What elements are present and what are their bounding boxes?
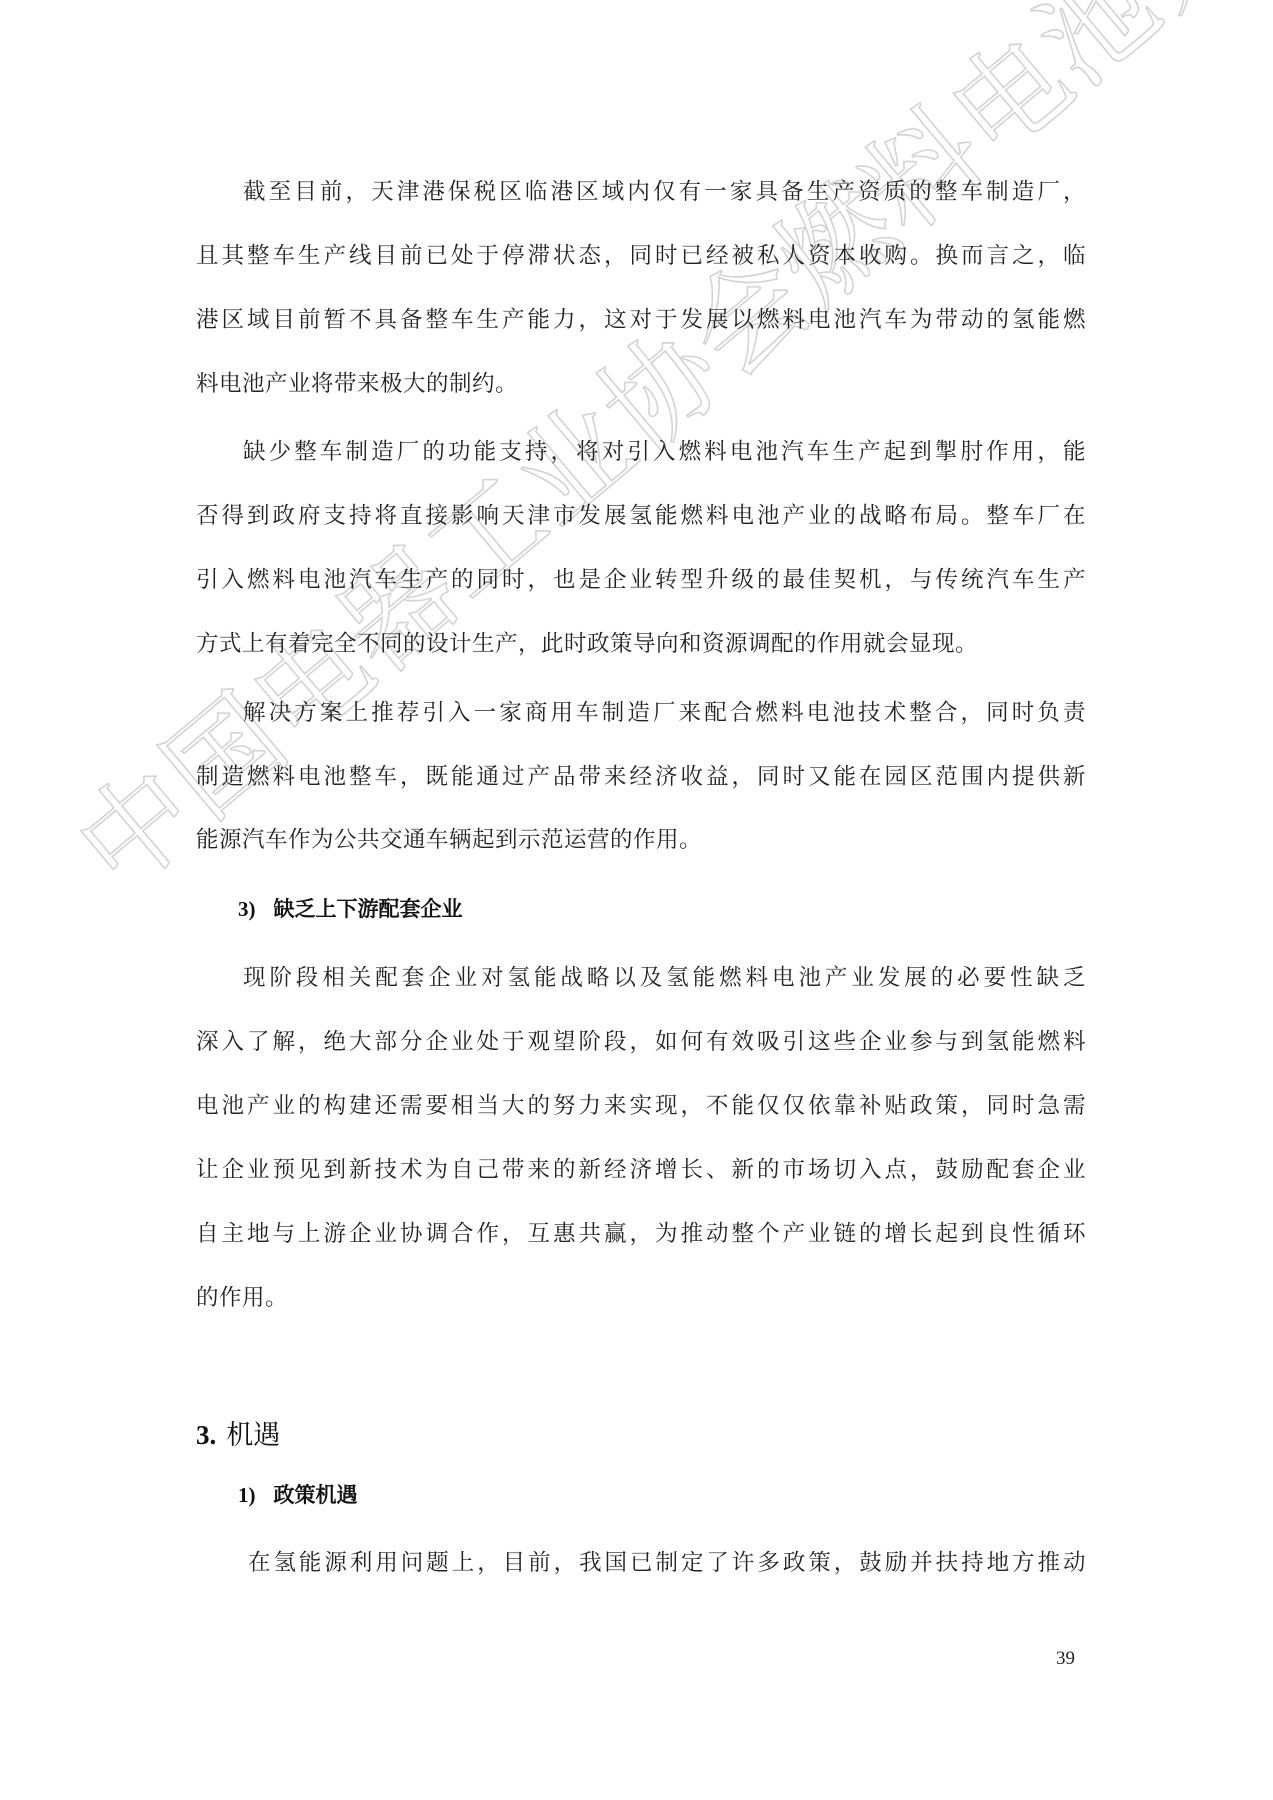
text-line: 引入燃料电池汽车生产的同时，也是企业转型升级的最佳契机，与传统汽车生产 [196,565,1086,595]
text-line: 且其整车生产线目前已处于停滞状态，同时已经被私人资本收购。换而言之，临 [196,241,1086,271]
subheading-lack-of-supply-chain: 3)缺乏上下游配套企业 [238,894,463,924]
section-number: 3. [196,1420,216,1450]
section-heading-opportunities: 3.机遇 [196,1418,280,1453]
subheading-title: 缺乏上下游配套企业 [274,896,463,921]
subheading-policy-opportunities: 1)政策机遇 [238,1480,358,1510]
text-line: 方式上有着完全不同的设计生产，此时政策导向和资源调配的作用就会显现。 [196,629,1086,659]
text-line: 深入了解，绝大部分企业处于观望阶段，如何有效吸引这些企业参与到氢能燃料 [196,1027,1086,1057]
page-number: 39 [1056,1648,1075,1670]
text-line: 截至目前，天津港保税区临港区域内仅有一家具备生产资质的整车制造厂， [243,177,1086,207]
text-line: 否得到政府支持将直接影响天津市发展氢能燃料电池产业的战略布局。整车厂在 [196,501,1086,531]
text-line: 解决方案上推荐引入一家商用车制造厂来配合燃料电池技术整合，同时负责 [243,698,1086,728]
subheading-number: 1) [238,1483,256,1507]
text-line: 自主地与上游企业协调合作，互惠共赢，为推动整个产业链的增长起到良性循环 [196,1219,1086,1249]
subheading-number: 3) [238,897,256,921]
document-page: 中国电器工业协会燃料电池分会 截至目前，天津港保税区临港区域内仅有一家具备生产资… [0,0,1273,1800]
text-line: 的作用。 [196,1283,1086,1313]
text-line: 缺少整车制造厂的功能支持，将对引入燃料电池汽车生产起到掣肘作用，能 [243,437,1086,467]
text-line: 电池产业的构建还需要相当大的努力来实现，不能仅仅依靠补贴政策，同时急需 [196,1091,1086,1121]
text-line: 现阶段相关配套企业对氢能战略以及氢能燃料电池产业发展的必要性缺乏 [243,963,1086,993]
section-title: 机遇 [226,1420,280,1451]
text-line: 能源汽车作为公共交通车辆起到示范运营的作用。 [196,825,1086,855]
text-line: 港区域目前暂不具备整车生产能力，这对于发展以燃料电池汽车为带动的氢能燃 [196,305,1086,335]
text-line: 料电池产业将带来极大的制约。 [196,369,1086,399]
text-line: 制造燃料电池整车，既能通过产品带来经济收益，同时又能在园区范围内提供新 [196,762,1086,792]
text-line: 在氢能源利用问题上，目前，我国已制定了许多政策，鼓励并扶持地方推动 [248,1548,1086,1578]
subheading-title: 政策机遇 [274,1482,358,1507]
text-line: 让企业预见到新技术为自己带来的新经济增长、新的市场切入点，鼓励配套企业 [196,1155,1086,1185]
